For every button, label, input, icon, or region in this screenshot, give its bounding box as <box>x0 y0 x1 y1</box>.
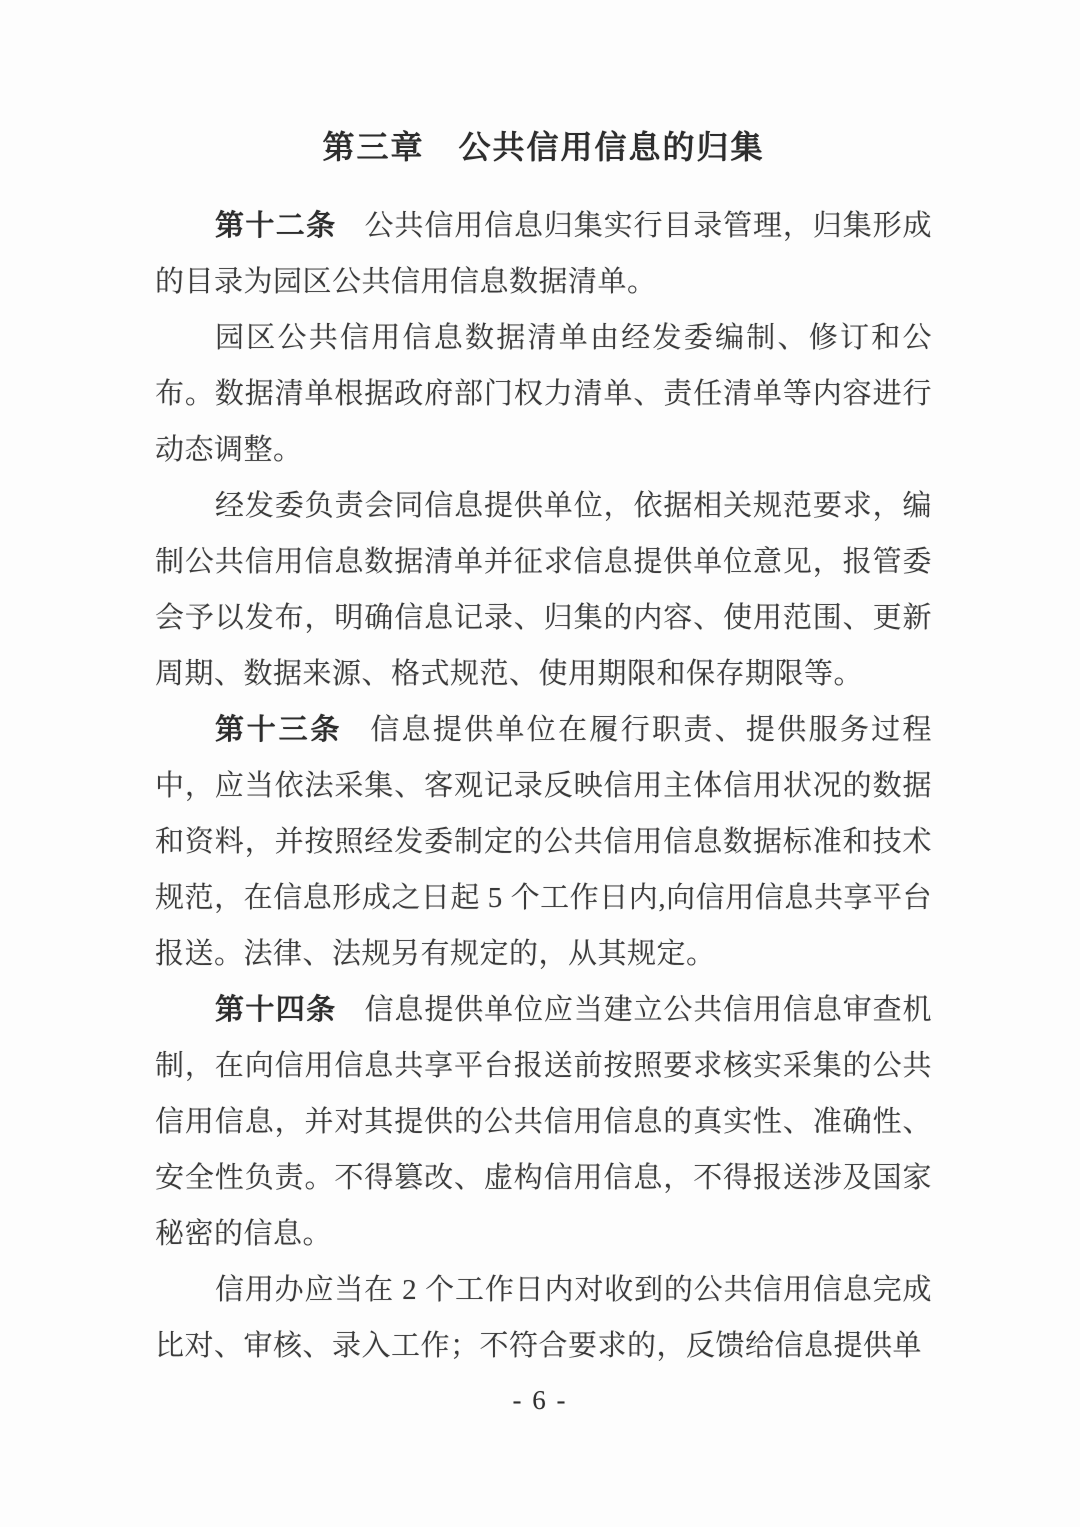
paragraph-text: 信息提供单位在履行职责、提供服务过程中，应当依法采集、客观记录反映信用主体信用状… <box>155 714 932 970</box>
paragraph-credit-office: 信用办应当在 2 个工作日内对收到的公共信用信息完成比对、审核、录入工作；不符合… <box>155 1262 932 1374</box>
paragraph-data-list-publish: 园区公共信用信息数据清单由经发委编制、修订和公布。数据清单根据政府部门权力清单、… <box>155 310 932 478</box>
paragraph-article-14: 第十四条信息提供单位应当建立公共信用信息审查机制，在向信用信息共享平台报送前按照… <box>155 982 932 1262</box>
paragraph-article-13: 第十三条信息提供单位在履行职责、提供服务过程中，应当依法采集、客观记录反映信用主… <box>155 702 932 982</box>
page-number: - 6 - <box>0 1385 1080 1416</box>
paragraph-text: 信用办应当在 2 个工作日内对收到的公共信用信息完成比对、审核、录入工作；不符合… <box>155 1274 932 1362</box>
paragraph-text: 经发委负责会同信息提供单位，依据相关规范要求，编制公共信用信息数据清单并征求信息… <box>155 490 932 690</box>
chapter-title: 第三章 公共信用信息的归集 <box>155 122 932 172</box>
article-13-label: 第十三条 <box>215 714 342 746</box>
document-page: 第三章 公共信用信息的归集 第十二条公共信用信息归集实行目录管理，归集形成的目录… <box>0 0 1080 1527</box>
paragraph-text: 信息提供单位应当建立公共信用信息审查机制，在向信用信息共享平台报送前按照要求核实… <box>155 994 932 1250</box>
paragraph-data-list-compile: 经发委负责会同信息提供单位，依据相关规范要求，编制公共信用信息数据清单并征求信息… <box>155 478 932 702</box>
paragraph-article-12: 第十二条公共信用信息归集实行目录管理，归集形成的目录为园区公共信用信息数据清单。 <box>155 198 932 310</box>
article-14-label: 第十四条 <box>215 994 337 1026</box>
article-12-label: 第十二条 <box>215 210 337 242</box>
paragraph-text: 园区公共信用信息数据清单由经发委编制、修订和公布。数据清单根据政府部门权力清单、… <box>155 322 932 466</box>
